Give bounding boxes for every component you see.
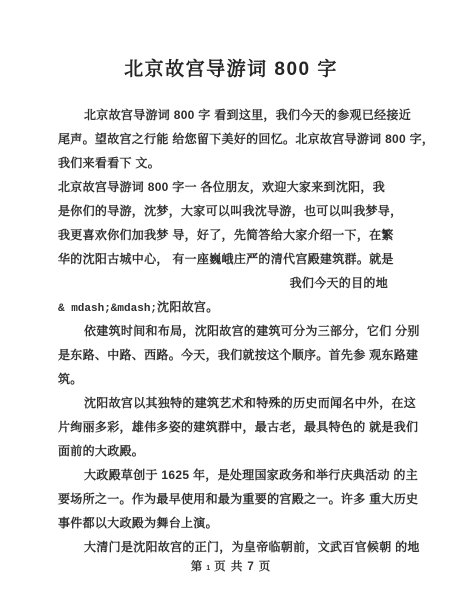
text-line: 事件都以大政殿为舞台上演。: [58, 511, 406, 535]
text-line: 是东路、中路、西路。今天，我们就按这个顺序。首先参 观东路建: [58, 343, 406, 367]
text-line: 北京故宫导游词 800 字 看到这里，我们今天的参观已经接近: [58, 103, 406, 127]
text-line: 北京故宫导游词 800 字一 各位朋友，欢迎大家来到沈阳，我: [58, 175, 406, 199]
page-footer: 第1页 共7页: [0, 558, 462, 574]
document-body: 北京故宫导游词 800 字 看到这里，我们今天的参观已经接近 尾声。望故宫之行能…: [58, 103, 406, 559]
text-line: 片绚丽多彩，雄伟多姿的建筑群中，最古老，最具特色的 就是我们: [58, 415, 406, 439]
text-line: 依建筑时间和布局，沈阳故宫的建筑可分为三部分，它们 分别: [58, 319, 406, 343]
text-line: 尾声。望故宫之行能 给您留下美好的回忆。北京故宫导游词 800 字，: [58, 127, 406, 151]
mdash-line-suffix: 沈阳故宫。: [157, 300, 219, 314]
text-line: 是你们的导游，沈梦，大家可以叫我沈导游，也可以叫我梦导，: [58, 199, 406, 223]
mdash-entity-literal: & mdash;&mdash;: [58, 303, 157, 315]
footer-page-number: 1: [206, 565, 211, 572]
text-line-mdash-entity: & mdash;&mdash;沈阳故宫。: [58, 295, 406, 319]
text-line: 大政殿草创于 1625 年，是处理国家政务和举行庆典活动 的主: [58, 463, 406, 487]
footer-total-pages: 7: [247, 561, 254, 573]
text-line-right-aligned: 我们今天的目的地: [58, 271, 406, 295]
footer-suffix: 页: [259, 561, 272, 573]
text-line: 面前的大政殿。: [58, 439, 406, 463]
text-line: 华的沈阳古城中心， 有一座巍峨庄严的清代宫殿建筑群。就是: [58, 247, 406, 271]
text-line: 筑。: [58, 367, 406, 391]
document-page: 北京故宫导游词 800 字 北京故宫导游词 800 字 看到这里，我们今天的参观…: [0, 0, 462, 600]
text-line: 沈阳故宫以其独特的建筑艺术和特殊的历史而闻名中外，在这: [58, 391, 406, 415]
text-line: 大清门是沈阳故宫的正门，为皇帝临朝前，文武百官候朝 的地: [58, 535, 406, 559]
text-line: 要场所之一。作为最早使用和最为重要的宫殿之一。许多 重大历史: [58, 487, 406, 511]
document-title: 北京故宫导游词 800 字: [0, 54, 462, 81]
text-line: 我们来看看下 文。: [58, 151, 406, 175]
footer-prefix: 第: [191, 561, 204, 573]
text-line: 我更喜欢你们加我梦 导，好了，先简答给大家介绍一下，在繁: [58, 223, 406, 247]
footer-infix: 页 共: [214, 561, 243, 573]
